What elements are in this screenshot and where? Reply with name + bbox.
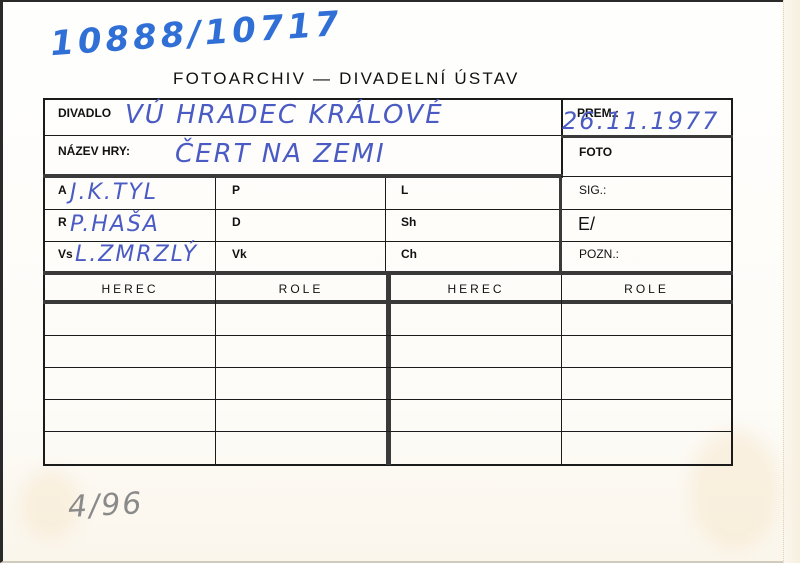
thick-divider bbox=[386, 275, 391, 465]
label-a: A bbox=[58, 183, 67, 197]
label-sh: Sh bbox=[401, 215, 416, 229]
designer-value[interactable]: L.ZMRZLÝ bbox=[75, 242, 198, 267]
col-herec-1: HEREC bbox=[45, 282, 215, 296]
label-pozn: POZN.: bbox=[579, 247, 619, 261]
pencil-note: 4/96 bbox=[67, 486, 144, 525]
col-role-2: ROLE bbox=[562, 282, 731, 296]
label-d: D bbox=[232, 215, 241, 229]
label-r: R bbox=[58, 215, 67, 229]
divider bbox=[215, 275, 216, 465]
nazev-hry-value[interactable]: ČERT NA ZEMI bbox=[175, 139, 386, 169]
director-value[interactable]: P.HAŠA bbox=[70, 212, 160, 237]
label-vs: Vs bbox=[58, 247, 73, 261]
label-l: L bbox=[401, 183, 408, 197]
divider bbox=[45, 399, 731, 400]
divider bbox=[43, 209, 733, 210]
card-edge bbox=[783, 0, 800, 563]
col-herec-2: HEREC bbox=[391, 282, 561, 296]
premiera-value[interactable]: 26.11.1977 bbox=[562, 107, 719, 135]
divider bbox=[385, 178, 386, 273]
divider bbox=[559, 178, 562, 273]
divider bbox=[45, 431, 731, 432]
divider bbox=[561, 135, 733, 138]
divider bbox=[45, 335, 731, 336]
label-p: P bbox=[232, 183, 240, 197]
divider bbox=[561, 176, 733, 177]
label-ch: Ch bbox=[401, 247, 417, 261]
author-value[interactable]: J.K.TYL bbox=[70, 180, 158, 205]
paper-stain bbox=[690, 430, 780, 550]
divider bbox=[45, 367, 731, 368]
label-sig: SIG.: bbox=[579, 183, 606, 197]
divider bbox=[561, 275, 562, 465]
label-vk: Vk bbox=[232, 247, 247, 261]
label-divadlo: DIVADLO bbox=[58, 106, 111, 120]
label-nazev-hry: NÁZEV HRY: bbox=[58, 144, 130, 158]
archive-title: FOTOARCHIV — DIVADELNÍ ÚSTAV bbox=[173, 69, 520, 89]
thick-divider bbox=[43, 174, 563, 178]
border-right bbox=[731, 98, 733, 466]
divadlo-value[interactable]: VÚ HRADEC KRÁLOVÉ bbox=[125, 100, 444, 130]
divider bbox=[215, 178, 216, 273]
label-foto: FOTO bbox=[579, 145, 612, 159]
col-role-1: ROLE bbox=[216, 282, 386, 296]
e-value: E/ bbox=[578, 214, 595, 235]
